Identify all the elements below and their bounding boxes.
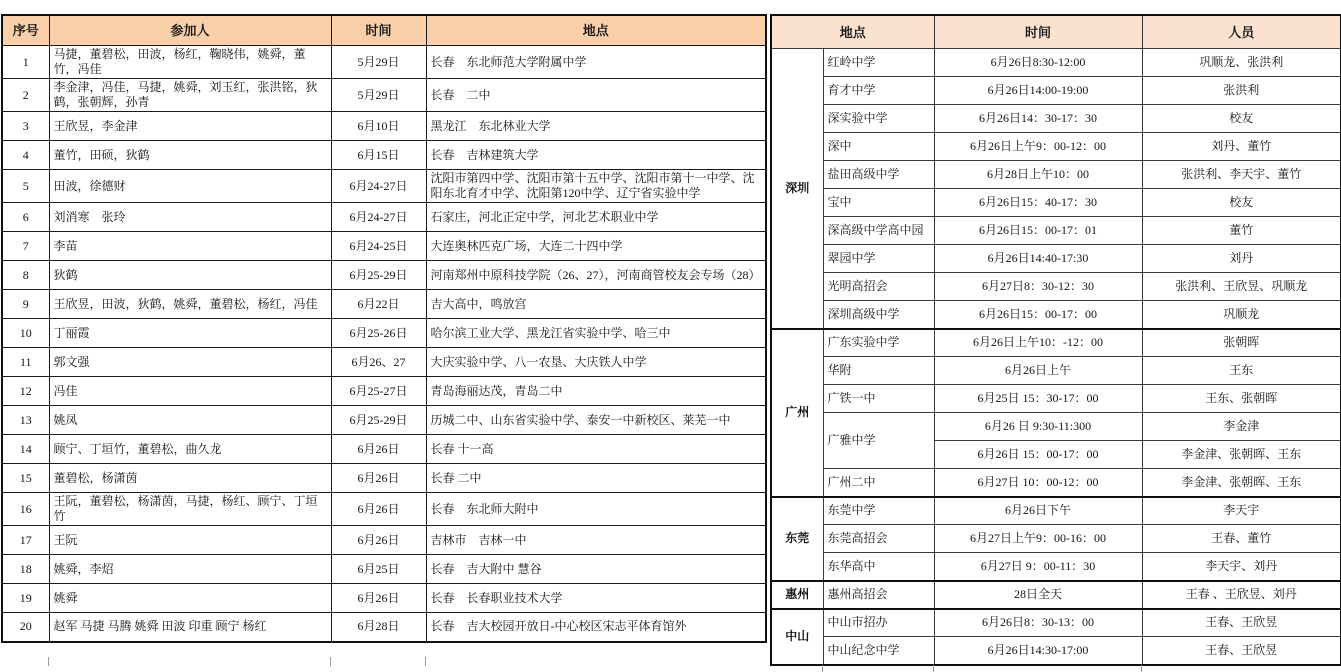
school-cell: 惠州高招会 (823, 581, 934, 609)
row-number-cell: 4 (2, 141, 49, 170)
row-number-cell: 8 (2, 261, 49, 290)
location-cell: 长春 十一高 (426, 435, 766, 464)
people-cell: 刘丹 (1142, 245, 1341, 273)
school-cell: 宝中 (823, 189, 934, 217)
participants-cell: 王阮 (49, 526, 331, 555)
people-cell: 巩顺龙 (1142, 301, 1341, 329)
col-header-participants: 参加人 (49, 15, 331, 46)
row-number-cell: 10 (2, 319, 49, 348)
school-cell: 东莞高招会 (823, 525, 934, 553)
school-cell: 东莞中学 (823, 497, 934, 525)
location-cell: 吉大高中，鸣放宫 (426, 290, 766, 319)
participants-cell: 王欣昱，田波，狄鹤，姚舜，董碧松，杨红，冯佳 (49, 290, 331, 319)
location-cell: 吉林市 吉林一中 (426, 526, 766, 555)
row-number-cell: 20 (2, 613, 49, 642)
time-cell: 6月26日 (331, 526, 426, 555)
row-number-cell: 17 (2, 526, 49, 555)
school-cell: 广东实验中学 (823, 329, 934, 357)
time-cell: 6月26日上午10：-12：00 (934, 329, 1142, 357)
time-cell: 6月26日15：00-17：00 (934, 301, 1142, 329)
table-row: 深高级中学高中园6月26日15：00-17：01董竹 (771, 217, 1341, 245)
table-row: 深圳红岭中学6月26日8:30-12:00巩顺龙、张洪利 (771, 49, 1341, 77)
school-cell: 中山纪念中学 (823, 637, 934, 665)
school-cell: 红岭中学 (823, 49, 934, 77)
time-cell: 6月25-29日 (331, 261, 426, 290)
participants-cell: 董竹，田硕，狄鹤 (49, 141, 331, 170)
school-cell: 深高级中学高中园 (823, 217, 934, 245)
school-cell: 广州二中 (823, 469, 934, 497)
participants-cell: 姚凤 (49, 406, 331, 435)
row-number-cell: 2 (2, 79, 49, 112)
table-row: 华附6月26日上午王东 (771, 357, 1341, 385)
location-cell: 石家庄，河北正定中学，河北艺术职业中学 (426, 203, 766, 232)
location-cell: 大连奥林匹克广场，大连二十四中学 (426, 232, 766, 261)
people-cell: 张洪利、李天宇、董竹 (1142, 161, 1341, 189)
people-cell: 校友 (1142, 105, 1341, 133)
time-cell: 6月26日 15：00-17：00 (934, 441, 1142, 469)
row-number-cell: 3 (2, 112, 49, 141)
time-cell: 6月26日15：40-17：30 (934, 189, 1142, 217)
table-row: 8狄鹤6月25-29日河南郑州中原科技学院（26、27），河南商管校友会专场（2… (2, 261, 766, 290)
row-number-cell: 11 (2, 348, 49, 377)
time-cell: 6月26日8：30-13：00 (934, 609, 1142, 637)
participants-cell: 姚舜，李炤 (49, 555, 331, 584)
row-number-cell: 5 (2, 170, 49, 203)
table-row: 广铁一中6月25日 15：30-17：00王东、张朝晖 (771, 385, 1341, 413)
row-number-cell: 14 (2, 435, 49, 464)
time-cell: 6月27日 9：00-11：30 (934, 553, 1142, 581)
location-cell: 长春 吉大附中 慧谷 (426, 555, 766, 584)
left-table-header: 序号 参加人 时间 地点 (2, 15, 766, 46)
time-cell: 6月26日 (331, 464, 426, 493)
people-cell: 王春、王欣昱 (1142, 609, 1341, 637)
city-group-cell: 惠州 (771, 581, 823, 609)
location-cell: 长春 长春职业技术大学 (426, 584, 766, 613)
time-cell: 6月28日上午10：00 (934, 161, 1142, 189)
table-row: 东莞高招会6月27日上午9：00-16：00王春、董竹 (771, 525, 1341, 553)
location-cell: 长春 二中 (426, 79, 766, 112)
table-row: 7李苗6月24-25日大连奥林匹克广场，大连二十四中学 (2, 232, 766, 261)
col-header-location: 地点 (771, 15, 934, 49)
table-row: 6刘消寒 张玲6月24-27日石家庄，河北正定中学，河北艺术职业中学 (2, 203, 766, 232)
people-cell: 张朝晖 (1142, 329, 1341, 357)
time-cell: 6月26日下午 (934, 497, 1142, 525)
row-number-cell: 13 (2, 406, 49, 435)
table-row: 11郭文强6月26、27大庆实验中学、八一农垦、大庆铁人中学 (2, 348, 766, 377)
table-row: 广州广东实验中学6月26日上午10：-12：00张朝晖 (771, 329, 1341, 357)
time-cell: 6月26日15：00-17：01 (934, 217, 1142, 245)
city-schedule-table: 地点 时间 人员 深圳红岭中学6月26日8:30-12:00巩顺龙、张洪利育才中… (770, 14, 1341, 666)
participants-cell: 李金津，冯佳，马捷，姚舜，刘玉红，张洪铭，狄鹤，张朝辉，孙青 (49, 79, 331, 112)
location-cell: 长春 吉林建筑大学 (426, 141, 766, 170)
table-row: 19姚舜6月26日长春 长春职业技术大学 (2, 584, 766, 613)
people-cell: 巩顺龙、张洪利 (1142, 49, 1341, 77)
time-cell: 6月27日 10：00-12：00 (934, 469, 1142, 497)
row-number-cell: 12 (2, 377, 49, 406)
participants-cell: 刘消寒 张玲 (49, 203, 331, 232)
time-cell: 6月26 日 9:30-11:300 (934, 413, 1142, 441)
school-cell: 翠园中学 (823, 245, 934, 273)
people-cell: 张洪利、王欣昱、巩顺龙 (1142, 273, 1341, 301)
people-cell: 李金津 (1142, 413, 1341, 441)
table-row: 5田波，徐德财6月24-27日沈阳市第四中学、沈阳市第十五中学、沈阳市第十一中学… (2, 170, 766, 203)
location-cell: 哈尔滨工业大学、黑龙江省实验中学、哈三中 (426, 319, 766, 348)
col-header-number: 序号 (2, 15, 49, 46)
participants-cell: 王欣昱，李金津 (49, 112, 331, 141)
table-row: 深圳高级中学6月26日15：00-17：00巩顺龙 (771, 301, 1341, 329)
row-number-cell: 16 (2, 493, 49, 526)
location-cell: 大庆实验中学、八一农垦、大庆铁人中学 (426, 348, 766, 377)
table-row: 东莞东莞中学6月26日下午李天宇 (771, 497, 1341, 525)
time-cell: 6月26日14:30-17:00 (934, 637, 1142, 665)
participants-schedule-table: 序号 参加人 时间 地点 1马捷，董碧松，田波，杨红，鞠晓伟，姚舜，董竹，冯佳5… (1, 14, 767, 643)
school-cell: 广铁一中 (823, 385, 934, 413)
table-row: 15董碧松，杨潇茵6月26日长春 二中 (2, 464, 766, 493)
city-group-cell: 东莞 (771, 497, 823, 581)
people-cell: 王东、张朝晖 (1142, 385, 1341, 413)
col-header-people: 人员 (1142, 15, 1341, 49)
participants-cell: 顾宁、丁垣竹，董碧松，曲久龙 (49, 435, 331, 464)
time-cell: 28日全天 (934, 581, 1142, 609)
participants-cell: 田波，徐德财 (49, 170, 331, 203)
location-cell: 青岛海丽达茂，青岛二中 (426, 377, 766, 406)
people-cell: 王东 (1142, 357, 1341, 385)
col-header-time: 时间 (934, 15, 1142, 49)
time-cell: 6月10日 (331, 112, 426, 141)
time-cell: 5月29日 (331, 46, 426, 79)
time-cell: 6月26日14:40-17:30 (934, 245, 1142, 273)
grid-stub (822, 665, 823, 672)
time-cell: 6月26、27 (331, 348, 426, 377)
table-row: 广雅中学6月26 日 9:30-11:300李金津 (771, 413, 1341, 441)
row-number-cell: 19 (2, 584, 49, 613)
people-cell: 张洪利 (1142, 77, 1341, 105)
table-row: 光明高招会6月27日8：30-12：30张洪利、王欣昱、巩顺龙 (771, 273, 1341, 301)
time-cell: 6月26日上午 (934, 357, 1142, 385)
time-cell: 5月29日 (331, 79, 426, 112)
school-cell: 深中 (823, 133, 934, 161)
school-cell: 深圳高级中学 (823, 301, 934, 329)
people-cell: 李金津、张朝晖、王东 (1142, 441, 1341, 469)
city-group-cell: 中山 (771, 609, 823, 665)
table-row: 20赵军 马捷 马腾 姚舜 田波 印重 顾宁 杨红6月28日长春 吉大校园开放日… (2, 613, 766, 642)
grid-stub (330, 657, 331, 666)
city-group-cell: 深圳 (771, 49, 823, 329)
table-row: 1马捷，董碧松，田波，杨红，鞠晓伟，姚舜，董竹，冯佳5月29日长春 东北师范大学… (2, 46, 766, 79)
table-row: 惠州惠州高招会28日全天王春 、王欣昱、刘丹 (771, 581, 1341, 609)
time-cell: 6月25日 15：30-17：00 (934, 385, 1142, 413)
grid-stub (48, 657, 49, 666)
table-row: 3王欣昱，李金津6月10日黑龙江 东北林业大学 (2, 112, 766, 141)
table-row: 盐田高级中学6月28日上午10：00张洪利、李天宇、董竹 (771, 161, 1341, 189)
people-cell: 校友 (1142, 189, 1341, 217)
left-table-body: 1马捷，董碧松，田波，杨红，鞠晓伟，姚舜，董竹，冯佳5月29日长春 东北师范大学… (2, 46, 766, 642)
time-cell: 6月25-27日 (331, 377, 426, 406)
participants-cell: 董碧松，杨潇茵 (49, 464, 331, 493)
school-cell: 广雅中学 (823, 413, 934, 469)
location-cell: 河南郑州中原科技学院（26、27），河南商管校友会专场（28） (426, 261, 766, 290)
table-row: 10丁丽霞6月25-26日哈尔滨工业大学、黑龙江省实验中学、哈三中 (2, 319, 766, 348)
participants-cell: 马捷，董碧松，田波，杨红，鞠晓伟，姚舜，董竹，冯佳 (49, 46, 331, 79)
time-cell: 6月26日 (331, 493, 426, 526)
time-cell: 6月27日上午9：00-16：00 (934, 525, 1142, 553)
time-cell: 6月24-27日 (331, 170, 426, 203)
participants-cell: 冯佳 (49, 377, 331, 406)
time-cell: 6月27日8：30-12：30 (934, 273, 1142, 301)
table-row: 2李金津，冯佳，马捷，姚舜，刘玉红，张洪铭，狄鹤，张朝辉，孙青5月29日长春 二… (2, 79, 766, 112)
table-row: 14顾宁、丁垣竹，董碧松，曲久龙6月26日长春 十一高 (2, 435, 766, 464)
table-row: 东华高中6月27日 9：00-11：30李天宇、刘丹 (771, 553, 1341, 581)
time-cell: 6月26日14：30-17：30 (934, 105, 1142, 133)
row-number-cell: 7 (2, 232, 49, 261)
time-cell: 6月25日 (331, 555, 426, 584)
school-cell: 东华高中 (823, 553, 934, 581)
school-cell: 盐田高级中学 (823, 161, 934, 189)
people-cell: 李天宇 (1142, 497, 1341, 525)
location-cell: 沈阳市第四中学、沈阳市第十五中学、沈阳市第十一中学、沈阳东北育才中学、沈阳第12… (426, 170, 766, 203)
people-cell: 李天宇、刘丹 (1142, 553, 1341, 581)
school-cell: 光明高招会 (823, 273, 934, 301)
location-cell: 历城二中、山东省实验中学、泰安一中新校区、莱芜一中 (426, 406, 766, 435)
col-header-time: 时间 (331, 15, 426, 46)
table-row: 中山中山市招办6月26日8：30-13：00王春、王欣昱 (771, 609, 1341, 637)
table-row: 4董竹，田硕，狄鹤6月15日长春 吉林建筑大学 (2, 141, 766, 170)
table-row: 13姚凤6月25-29日历城二中、山东省实验中学、泰安一中新校区、莱芜一中 (2, 406, 766, 435)
grid-stub (425, 657, 426, 666)
time-cell: 6月26日 (331, 435, 426, 464)
time-cell: 6月26日14:00-19:00 (934, 77, 1142, 105)
location-cell: 黑龙江 东北林业大学 (426, 112, 766, 141)
right-table-header: 地点 时间 人员 (771, 15, 1341, 49)
time-cell: 6月25-29日 (331, 406, 426, 435)
people-cell: 刘丹、董竹 (1142, 133, 1341, 161)
participants-cell: 狄鹤 (49, 261, 331, 290)
time-cell: 6月25-26日 (331, 319, 426, 348)
table-row: 翠园中学6月26日14:40-17:30刘丹 (771, 245, 1341, 273)
col-header-location: 地点 (426, 15, 766, 46)
grid-stub (1141, 665, 1142, 672)
document-page: { "colors": { "left_header_bg": "#f8cfa9… (0, 0, 1341, 672)
time-cell: 6月28日 (331, 613, 426, 642)
table-row: 深中6月26日上午9：00-12：00刘丹、董竹 (771, 133, 1341, 161)
table-row: 宝中6月26日15：40-17：30校友 (771, 189, 1341, 217)
people-cell: 李金津、张朝晖、王东 (1142, 469, 1341, 497)
city-group-cell: 广州 (771, 329, 823, 497)
row-number-cell: 15 (2, 464, 49, 493)
table-row: 深实验中学6月26日14：30-17：30校友 (771, 105, 1341, 133)
people-cell: 王春、董竹 (1142, 525, 1341, 553)
time-cell: 6月26日8:30-12:00 (934, 49, 1142, 77)
time-cell: 6月15日 (331, 141, 426, 170)
table-row: 16王阮，董碧松，杨潇茵，马捷，杨红、顾宁、丁垣竹6月26日长春 东北师大附中 (2, 493, 766, 526)
table-row: 9王欣昱，田波，狄鹤，姚舜，董碧松，杨红，冯佳6月22日吉大高中，鸣放宫 (2, 290, 766, 319)
time-cell: 6月24-25日 (331, 232, 426, 261)
time-cell: 6月26日上午9：00-12：00 (934, 133, 1142, 161)
participants-cell: 姚舜 (49, 584, 331, 613)
participants-cell: 赵军 马捷 马腾 姚舜 田波 印重 顾宁 杨红 (49, 613, 331, 642)
time-cell: 6月24-27日 (331, 203, 426, 232)
people-cell: 王春 、王欣昱、刘丹 (1142, 581, 1341, 609)
location-cell: 长春 东北师大附中 (426, 493, 766, 526)
header-row: 序号 参加人 时间 地点 (2, 15, 766, 46)
school-cell: 育才中学 (823, 77, 934, 105)
school-cell: 中山市招办 (823, 609, 934, 637)
participants-cell: 李苗 (49, 232, 331, 261)
table-row: 17王阮6月26日吉林市 吉林一中 (2, 526, 766, 555)
location-cell: 长春 东北师范大学附属中学 (426, 46, 766, 79)
participants-cell: 王阮，董碧松，杨潇茵，马捷，杨红、顾宁、丁垣竹 (49, 493, 331, 526)
school-cell: 华附 (823, 357, 934, 385)
participants-cell: 郭文强 (49, 348, 331, 377)
table-row: 广州二中6月27日 10：00-12：00李金津、张朝晖、王东 (771, 469, 1341, 497)
school-cell: 深实验中学 (823, 105, 934, 133)
row-number-cell: 9 (2, 290, 49, 319)
row-number-cell: 6 (2, 203, 49, 232)
grid-stub (933, 665, 934, 672)
people-cell: 王春、王欣昱 (1142, 637, 1341, 665)
table-row: 育才中学6月26日14:00-19:00张洪利 (771, 77, 1341, 105)
location-cell: 长春 二中 (426, 464, 766, 493)
table-row: 18姚舜，李炤6月25日长春 吉大附中 慧谷 (2, 555, 766, 584)
header-row: 地点 时间 人员 (771, 15, 1341, 49)
time-cell: 6月22日 (331, 290, 426, 319)
table-row: 中山纪念中学6月26日14:30-17:00王春、王欣昱 (771, 637, 1341, 665)
time-cell: 6月26日 (331, 584, 426, 613)
right-table-body: 深圳红岭中学6月26日8:30-12:00巩顺龙、张洪利育才中学6月26日14:… (771, 49, 1341, 665)
participants-cell: 丁丽霞 (49, 319, 331, 348)
row-number-cell: 18 (2, 555, 49, 584)
people-cell: 董竹 (1142, 217, 1341, 245)
table-row: 12冯佳6月25-27日青岛海丽达茂，青岛二中 (2, 377, 766, 406)
row-number-cell: 1 (2, 46, 49, 79)
location-cell: 长春 吉大校园开放日-中心校区宋志平体育馆外 (426, 613, 766, 642)
